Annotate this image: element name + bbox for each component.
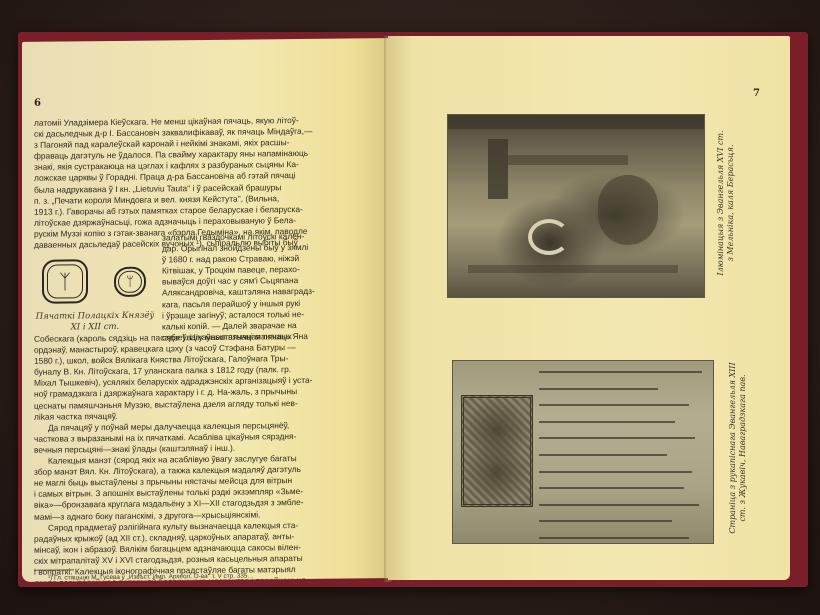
- plate-manuscript-image: [452, 360, 714, 544]
- seals-caption: Пячаткі Полацкіх Князёў XI і XII ст.: [32, 311, 158, 334]
- right-page: 7 Ілюмінацыя з Эвангельля XVI ст. з Мель…: [388, 36, 790, 580]
- seals-caption-line1: Пячаткі Полацкіх Князёў: [32, 311, 158, 323]
- left-side-column-text: залатымі гваздочкамі літоўскі кален-дар.…: [162, 230, 374, 343]
- plate-1-desk: [468, 265, 678, 273]
- plate-2-script-lines: [539, 371, 709, 539]
- plate-1-caption-line2: з Мельніка, каля Берасьця.: [726, 108, 736, 298]
- page-number-left: 6: [34, 98, 41, 109]
- plate-2-ornamental-initial: [461, 395, 533, 507]
- plate-1-caption-line1: Ілюмінацыя з Эвангельля XVI ст.: [716, 108, 726, 298]
- plate-1-column: [488, 139, 508, 199]
- plate-1-figure: [598, 175, 658, 245]
- plate-illumination-image: [447, 114, 705, 298]
- seal-icon-small: ᛘ: [114, 267, 146, 297]
- plate-1-frame-top: [448, 115, 705, 129]
- left-bottom-paragraphs: Собескага (кароль сядзіць на пасадзе). Ц…: [34, 330, 374, 582]
- left-page: 6 латоміі Уладзімера Кіеўскага. Не менш …: [22, 38, 390, 582]
- plate-2-caption-line1: Страніца з рукапіснага Эвангельля XIII: [728, 348, 738, 548]
- plate-2-caption: Страніца з рукапіснага Эвангельля XIII с…: [728, 348, 748, 548]
- page-number-right: 7: [753, 88, 760, 99]
- plate-2-caption-line2: ст. з Жукавіч, Наваградзкага пав.: [738, 348, 748, 548]
- plate-1-caption: Ілюмінацыя з Эвангельля XVI ст. з Мельні…: [716, 108, 736, 298]
- seal-icon-large: ᛉ: [42, 259, 88, 303]
- plate-1-lintel: [508, 155, 628, 165]
- plate-1-halo: [528, 219, 570, 255]
